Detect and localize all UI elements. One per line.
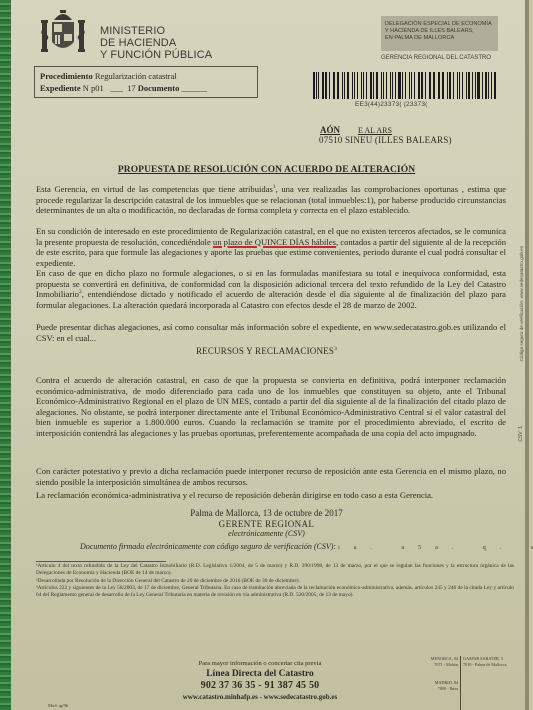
barcode-bar: [354, 72, 355, 99]
barcode-number: EE3(44)23373( (23373(: [355, 101, 428, 108]
barcode-bar: [494, 72, 496, 99]
footnote-3: ³Artículos 222 y siguientes de la Ley 58…: [36, 585, 514, 600]
barcode-bar: [429, 72, 430, 99]
expedient-suffix: 17: [127, 83, 136, 93]
paragraph-directed-to: La reclamación económica-administrativa …: [36, 490, 506, 501]
barcode-bar: [411, 72, 413, 99]
barcode-bar: [318, 72, 319, 99]
gerencia-label: GERENCIA REGIONAL DEL CATASTRO: [381, 55, 491, 61]
barcode-bar: [325, 72, 327, 99]
barcode-bar: [398, 72, 400, 99]
barcode-bar: [363, 72, 364, 99]
barcode-bar: [425, 72, 426, 99]
barcode-bar: [472, 72, 473, 99]
ministry-name: MINISTERIO DE HACIENDA Y FUNCIÓN PÚBLICA: [100, 25, 212, 61]
barcode-bar: [386, 72, 388, 99]
margin-csv-label: CSV: 1: [518, 426, 524, 442]
barcode-bar: [392, 72, 393, 99]
p1-text-a: Esta Gerencia, en virtud de las competen…: [36, 184, 273, 194]
barcode-bar: [453, 72, 455, 99]
document-label: Documento: [138, 83, 180, 93]
footnotes: ¹Artículo 4 del texto refundido de la Le…: [36, 563, 514, 599]
barcode: [313, 72, 497, 99]
procedure-box: Procedimiento Regularización catastral E…: [34, 66, 258, 98]
procedure-row: Procedimiento Regularización catastral: [40, 70, 252, 82]
expedient-value: N p01: [83, 83, 104, 93]
barcode-bar: [361, 72, 362, 99]
delegation-line-3: EN PALMA DE MALLORCA: [385, 35, 494, 42]
barcode-bar: [442, 72, 444, 99]
expedient-row: Expediente N p01 ___ 17 Documento ______: [40, 82, 252, 94]
csv-code: ia. a5a. q. s: [338, 545, 533, 551]
barcode-bar: [352, 72, 353, 99]
office-palma-city: 7010 - Palma de Mallorca: [463, 662, 523, 668]
contact-websites[interactable]: www.catastro.minhafp.es - www.sedecatast…: [150, 693, 370, 701]
csv-line: Documento firmado electrónicamente con c…: [80, 542, 533, 551]
expedient-label: Expediente: [40, 83, 81, 93]
offices-right: GASPAR SABATER, 3 7010 - Palma de Mallor…: [463, 656, 523, 667]
delegation-line-1: DELEGACIÓN ESPECIAL DE ECONOMÍA: [385, 21, 494, 28]
barcode-bar: [447, 72, 448, 99]
recipient-city: 07510 SINEU (ILLES BALEARS): [319, 135, 452, 145]
p3-text-b: , entendiéndose dictado y notificado el …: [36, 289, 506, 310]
paragraph-deadline: En su condición de interesado en este pr…: [36, 226, 506, 268]
recipient-name: AÓN: [320, 125, 340, 135]
office-menorca-city: 7071 - Mahón: [420, 662, 458, 668]
procedure-label: Procedimiento: [40, 71, 93, 81]
paragraph-reposition: Con carácter potestativo y previo a dich…: [36, 466, 506, 487]
barcode-bar: [457, 72, 458, 99]
barcode-bar: [485, 72, 487, 99]
paragraph-economic-claim: Contra el acuerdo de alteración catastra…: [36, 375, 506, 438]
barcode-bar: [357, 72, 359, 99]
barcode-bar: [376, 72, 378, 99]
barcode-bar: [390, 72, 391, 99]
barcode-bar: [477, 72, 479, 99]
recipient-extra: E AL ARS: [358, 126, 392, 135]
barcode-bar: [430, 72, 431, 99]
contact-line-name: Línea Directa del Catastro: [150, 669, 370, 679]
barcode-bar: [373, 72, 374, 99]
barcode-bar: [334, 72, 335, 99]
barcode-bar: [449, 72, 451, 99]
barcode-bar: [337, 72, 339, 99]
barcode-bar: [482, 72, 483, 99]
section-title-appeals: RECURSOS Y RECLAMACIONES3: [0, 346, 533, 356]
csv-text: Documento firmado electrónicamente con c…: [80, 542, 336, 551]
footnote-2: ²Desarrollada por Resolución de la Direc…: [36, 578, 514, 585]
ministry-line-1: MINISTERIO: [100, 25, 212, 37]
barcode-bar: [344, 72, 345, 99]
barcode-bar: [418, 72, 420, 99]
footnote-ref-3: 3: [334, 346, 337, 352]
offices-divider: [460, 656, 461, 710]
barcode-bar: [409, 72, 410, 99]
barcode-bar: [370, 72, 372, 99]
signature-note: electrónicamente (CSV): [0, 529, 533, 538]
spanish-coat-of-arms-icon: [40, 8, 86, 56]
barcode-bar: [402, 72, 404, 99]
barcode-bar: [322, 72, 324, 99]
barcode-bar: [333, 72, 334, 99]
barcode-bar: [491, 72, 492, 99]
barcode-bar: [316, 72, 317, 99]
procedure-value: Regularización catastral: [95, 71, 177, 81]
delegation-box: DELEGACIÓN ESPECIAL DE ECONOMÍA Y HACIEN…: [381, 16, 498, 51]
margin-verification-text: Código seguro de verificación: www.sedec…: [519, 246, 524, 361]
contact-intro: Para mayor información o concertar cita …: [150, 660, 370, 667]
barcode-bar: [468, 72, 470, 99]
barcode-bar: [466, 72, 468, 99]
barcode-bar: [347, 72, 349, 99]
footnote-1: ¹Artículo 4 del texto refundido de la Le…: [36, 563, 514, 578]
delegation-line-2: Y HACIENDA DE ILLES BALEARS,: [385, 28, 494, 35]
barcode-bar: [433, 72, 435, 99]
barcode-bar: [381, 72, 382, 99]
contact-phones: 902 37 36 35 - 91 387 45 50: [150, 680, 370, 691]
deadline-highlight: un plazo de QUINCE DÍAS hábiles: [213, 237, 336, 247]
barcode-bar: [329, 72, 330, 99]
ministry-line-3: Y FUNCIÓN PÚBLICA: [100, 49, 212, 61]
recipient-name-line: AÓN E AL ARS: [320, 125, 392, 135]
place-date: Palma de Mallorca, 13 de octubre de 2017: [0, 508, 533, 518]
barcode-bar: [488, 72, 489, 99]
barcode-bar: [475, 72, 476, 99]
barcode-bar: [383, 72, 384, 99]
barcode-bar: [342, 72, 344, 99]
office-madrid-city: 7800 - Ibiza: [420, 686, 458, 692]
barcode-bar: [313, 72, 315, 99]
barcode-bar: [421, 72, 423, 99]
signer-title: GERENTE REGIONAL: [0, 519, 533, 529]
barcode-bar: [462, 72, 463, 99]
barcode-bar: [366, 72, 368, 99]
section-title-text: RECURSOS Y RECLAMACIONES: [196, 346, 334, 356]
barcode-bar: [414, 72, 415, 99]
barcode-bar: [438, 72, 439, 99]
barcode-bar: [395, 72, 396, 99]
ministry-line-2: DE HACIENDA: [100, 37, 212, 49]
form-model-code: Mod. rg/06: [48, 703, 68, 708]
paragraph-no-allegations: En caso de que en dicho plazo no formule…: [36, 268, 506, 310]
barcode-bar: [405, 72, 406, 99]
paragraph-competencies: Esta Gerencia, en virtud de las competen…: [36, 184, 506, 216]
paragraph-online-consult: Puede presentar dichas alegaciones, así …: [36, 322, 506, 343]
barcode-bar: [439, 72, 440, 99]
offices-left: MENORCA, 94 7071 - Mahón MADRID, 84 7800…: [420, 656, 458, 691]
document-title: PROPUESTA DE RESOLUCIÓN CON ACUERDO DE A…: [0, 165, 533, 175]
footnote-divider: [36, 561, 166, 562]
barcode-bar: [459, 72, 460, 99]
